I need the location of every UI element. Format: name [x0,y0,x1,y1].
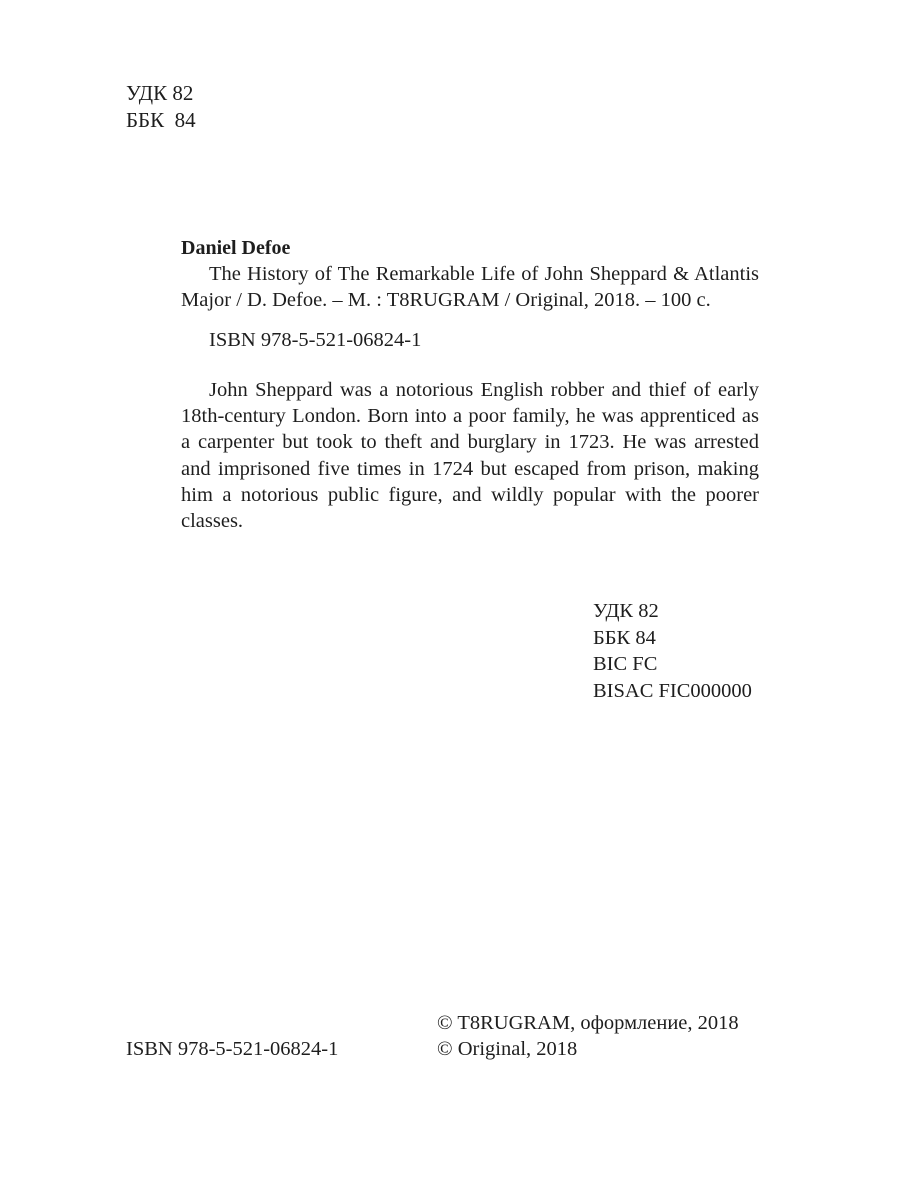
entry-isbn: ISBN 978-5-521-06824-1 [181,327,759,353]
bbk-code-right: ББК 84 [593,625,752,652]
bibliographic-description: The History of The Remarkable Life of Jo… [181,261,759,313]
catalog-entry: Daniel Defoe The History of The Remarkab… [181,235,759,534]
copyright-notices: © T8RUGRAM, оформление, 2018 © Original,… [437,1010,739,1062]
bic-code: BIC FC [593,651,752,678]
bbk-code: ББК 84 [126,107,196,134]
author-name: Daniel Defoe [181,235,759,261]
footer-isbn: ISBN 978-5-521-06824-1 [126,1036,338,1062]
udk-code-right: УДК 82 [593,598,752,625]
copyright-original: © Original, 2018 [437,1036,739,1062]
udk-code: УДК 82 [126,80,196,107]
top-classification-codes: УДК 82 ББК 84 [126,80,196,134]
copyright-design: © T8RUGRAM, оформление, 2018 [437,1010,739,1036]
annotation-text: John Sheppard was a notorious English ro… [181,377,759,534]
right-classification-codes: УДК 82 ББК 84 BIC FC BISAC FIC000000 [593,598,752,704]
bisac-code: BISAC FIC000000 [593,678,752,705]
